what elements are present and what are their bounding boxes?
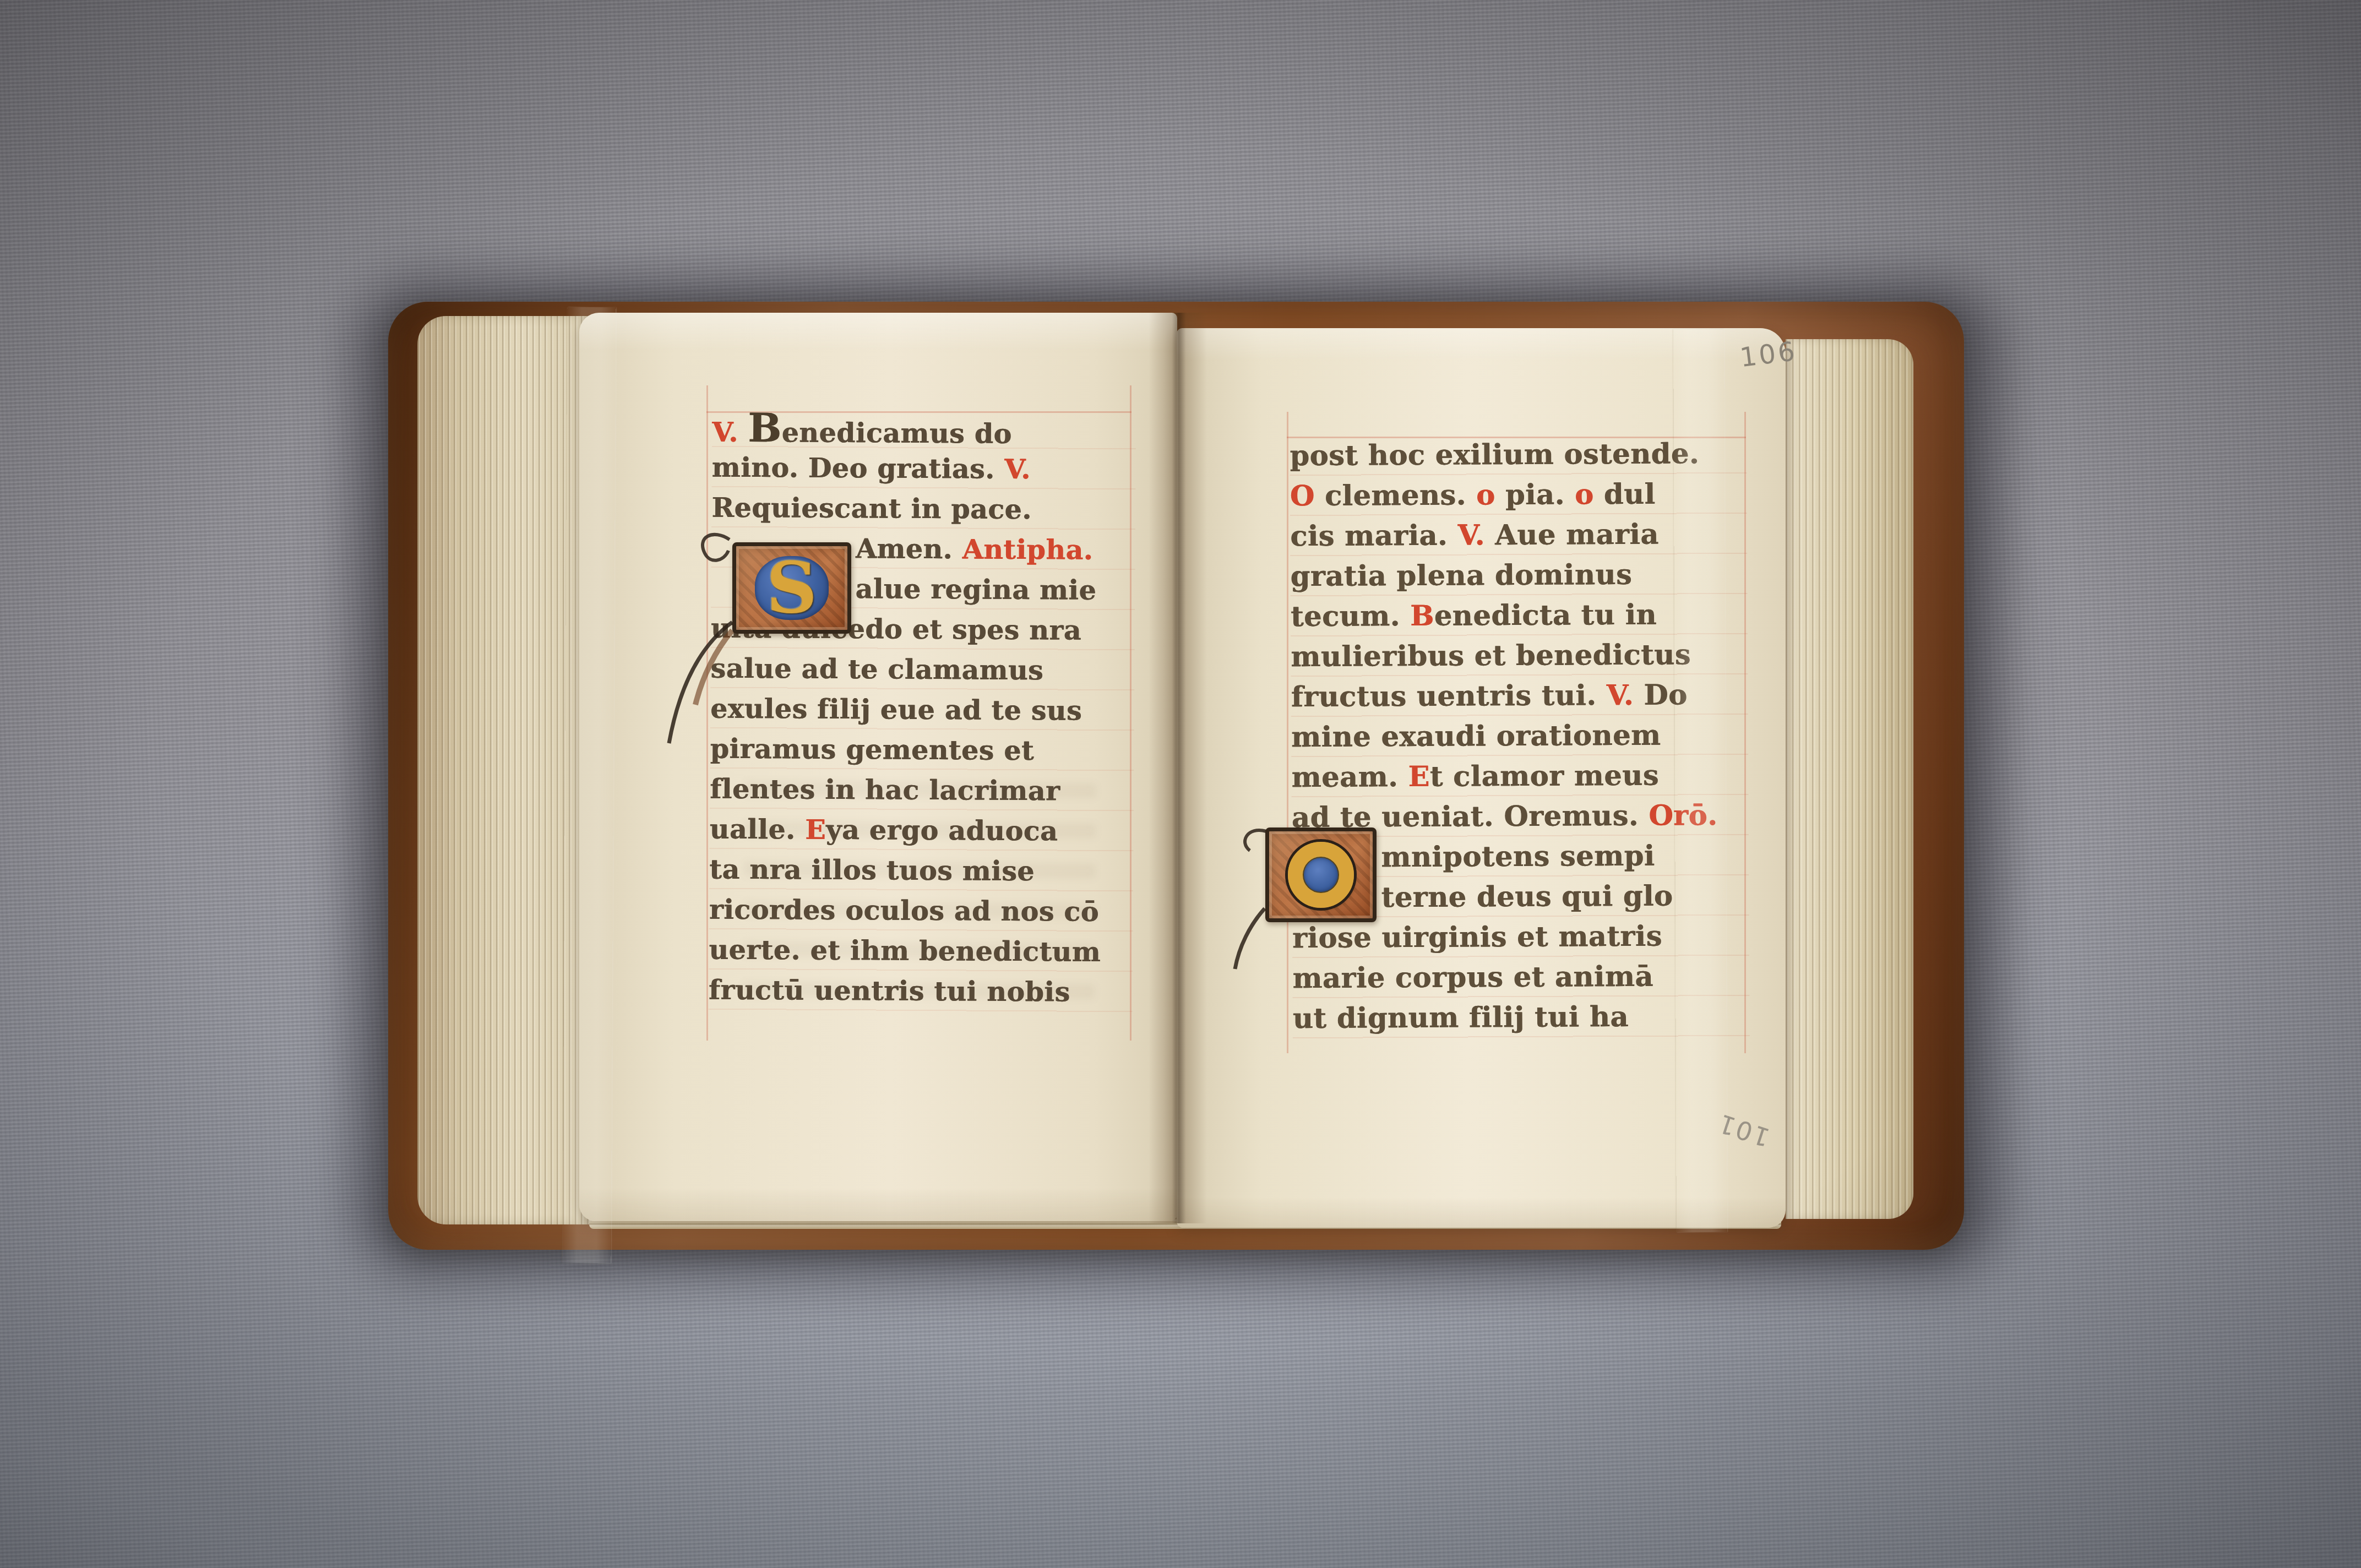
initial-o-gold-ring bbox=[1288, 842, 1354, 908]
manuscript-text-segment: exules filij eue ad te sus bbox=[710, 693, 1082, 727]
manuscript-line: salue ad te clamamus bbox=[710, 649, 1134, 692]
manuscript-text-segment: B bbox=[1410, 600, 1434, 633]
manuscript-text-segment: post hoc exilium ostende. bbox=[1290, 437, 1699, 472]
manuscript-text-segment: o bbox=[1476, 478, 1495, 511]
right-page-stack-edges bbox=[1786, 339, 1913, 1219]
manuscript-text-segment: ricordes oculos ad nos cō bbox=[709, 894, 1099, 928]
manuscript-line: fructū uentris tui nobis bbox=[709, 970, 1133, 1013]
manuscript-text-segment: terne deus qui glo bbox=[1381, 880, 1673, 914]
manuscript-text-segment: pia. bbox=[1495, 478, 1575, 511]
ruling-line-left-margin-right-page bbox=[1287, 412, 1288, 1053]
manuscript-text-segment: tecum. bbox=[1291, 600, 1410, 633]
manuscript-text-segment: uerte. et ihm benedictum bbox=[709, 934, 1101, 968]
manuscript-text-segment: alue regina mie bbox=[855, 573, 1096, 606]
manuscript-text-segment: gratia plena dominus bbox=[1290, 558, 1632, 593]
manuscript-line: mino. Deo gratias. V. bbox=[711, 448, 1135, 491]
manuscript-text-segment: V. bbox=[712, 416, 748, 448]
manuscript-text-segment: flentes in hac lacrimar bbox=[710, 773, 1060, 807]
translucent-strip-left bbox=[562, 307, 616, 1263]
gutter-shadow bbox=[1149, 313, 1207, 1223]
manuscript-text-segment: o bbox=[1575, 478, 1594, 511]
manuscript-text-segment: fructus uentris tui. bbox=[1291, 679, 1606, 714]
translucent-strip-right bbox=[1673, 329, 1727, 1232]
manuscript-text-segment: ualle. bbox=[709, 813, 805, 846]
manuscript-text-segment: V. bbox=[1606, 679, 1644, 712]
manuscript-text-segment: dul bbox=[1593, 478, 1655, 511]
photograph-scene: V. Benedicamus domino. Deo gratias. V.Re… bbox=[0, 0, 2361, 1568]
manuscript-text-segment: cis maria. bbox=[1290, 519, 1458, 553]
manuscript-text-segment: Requiescant in pace. bbox=[711, 492, 1032, 526]
manuscript-line: ta nra illos tuos mise bbox=[709, 850, 1133, 892]
manuscript-text-segment: t clamor meus bbox=[1430, 759, 1659, 793]
manuscript-text-segment: mulieribus et benedictus bbox=[1291, 638, 1691, 673]
manuscript-text-segment: mino. Deo gratias. bbox=[712, 451, 1005, 485]
illuminated-initial-o bbox=[1265, 827, 1377, 922]
manuscript-text-segment: riose uirginis et matris bbox=[1292, 920, 1662, 955]
manuscript-line: Requiescant in pace. bbox=[711, 488, 1135, 531]
manuscript-text-segment: Amen. bbox=[856, 532, 962, 565]
manuscript-text-segment: Aue maria bbox=[1495, 518, 1659, 552]
manuscript-line: flentes in hac lacrimar bbox=[710, 769, 1134, 812]
manuscript-text-segment: clemens. bbox=[1314, 478, 1476, 513]
manuscript-text-segment: marie corpus et animā bbox=[1292, 960, 1653, 995]
manuscript-text-segment: E bbox=[805, 814, 826, 846]
manuscript-text-segment: enedicta tu in bbox=[1434, 598, 1657, 633]
manuscript-text-segment: V. bbox=[1457, 519, 1495, 552]
manuscript-text-segment: mine exaudi orationem bbox=[1291, 719, 1661, 754]
manuscript-line: ricordes oculos ad nos cō bbox=[709, 890, 1133, 933]
manuscript-text-segment: E bbox=[1408, 760, 1430, 793]
manuscript-text-segment: Antipha. bbox=[962, 533, 1093, 565]
manuscript-text-segment: V. bbox=[1004, 453, 1031, 485]
manuscript-text-segment: O bbox=[1290, 480, 1315, 513]
manuscript-text-segment: B bbox=[748, 404, 782, 451]
left-page-text-block: V. Benedicamus domino. Deo gratias. V.Re… bbox=[709, 407, 1136, 1013]
manuscript-line: uerte. et ihm benedictum bbox=[709, 930, 1133, 973]
manuscript-line: exules filij eue ad te sus bbox=[710, 689, 1134, 732]
manuscript-text-segment: ut dignum filij tui ha bbox=[1293, 1000, 1629, 1035]
manuscript-text-segment: mnipotens sempi bbox=[1381, 840, 1655, 874]
illuminated-initial-s: S bbox=[732, 542, 851, 634]
manuscript-text-segment: salue ad te clamamus bbox=[710, 652, 1043, 687]
manuscript-text-segment: ya ergo aduoca bbox=[826, 814, 1058, 847]
manuscript-text-segment: piramus gementes et bbox=[710, 733, 1034, 767]
initial-s-letter: S bbox=[766, 553, 817, 623]
manuscript-line: piramus gementes et bbox=[710, 729, 1134, 772]
manuscript-text-segment: fructū uentris tui nobis bbox=[709, 974, 1070, 1008]
manuscript-text-segment: meam. bbox=[1291, 760, 1408, 794]
manuscript-line: V. Benedicamus do bbox=[712, 407, 1136, 450]
manuscript-text-segment: ta nra illos tuos mise bbox=[709, 853, 1035, 888]
manuscript-line: ualle. Eya ergo aduoca bbox=[709, 809, 1133, 852]
ruling-line-left-margin-left-page bbox=[706, 385, 708, 1041]
manuscript-text-segment: enedicamus do bbox=[781, 416, 1011, 450]
